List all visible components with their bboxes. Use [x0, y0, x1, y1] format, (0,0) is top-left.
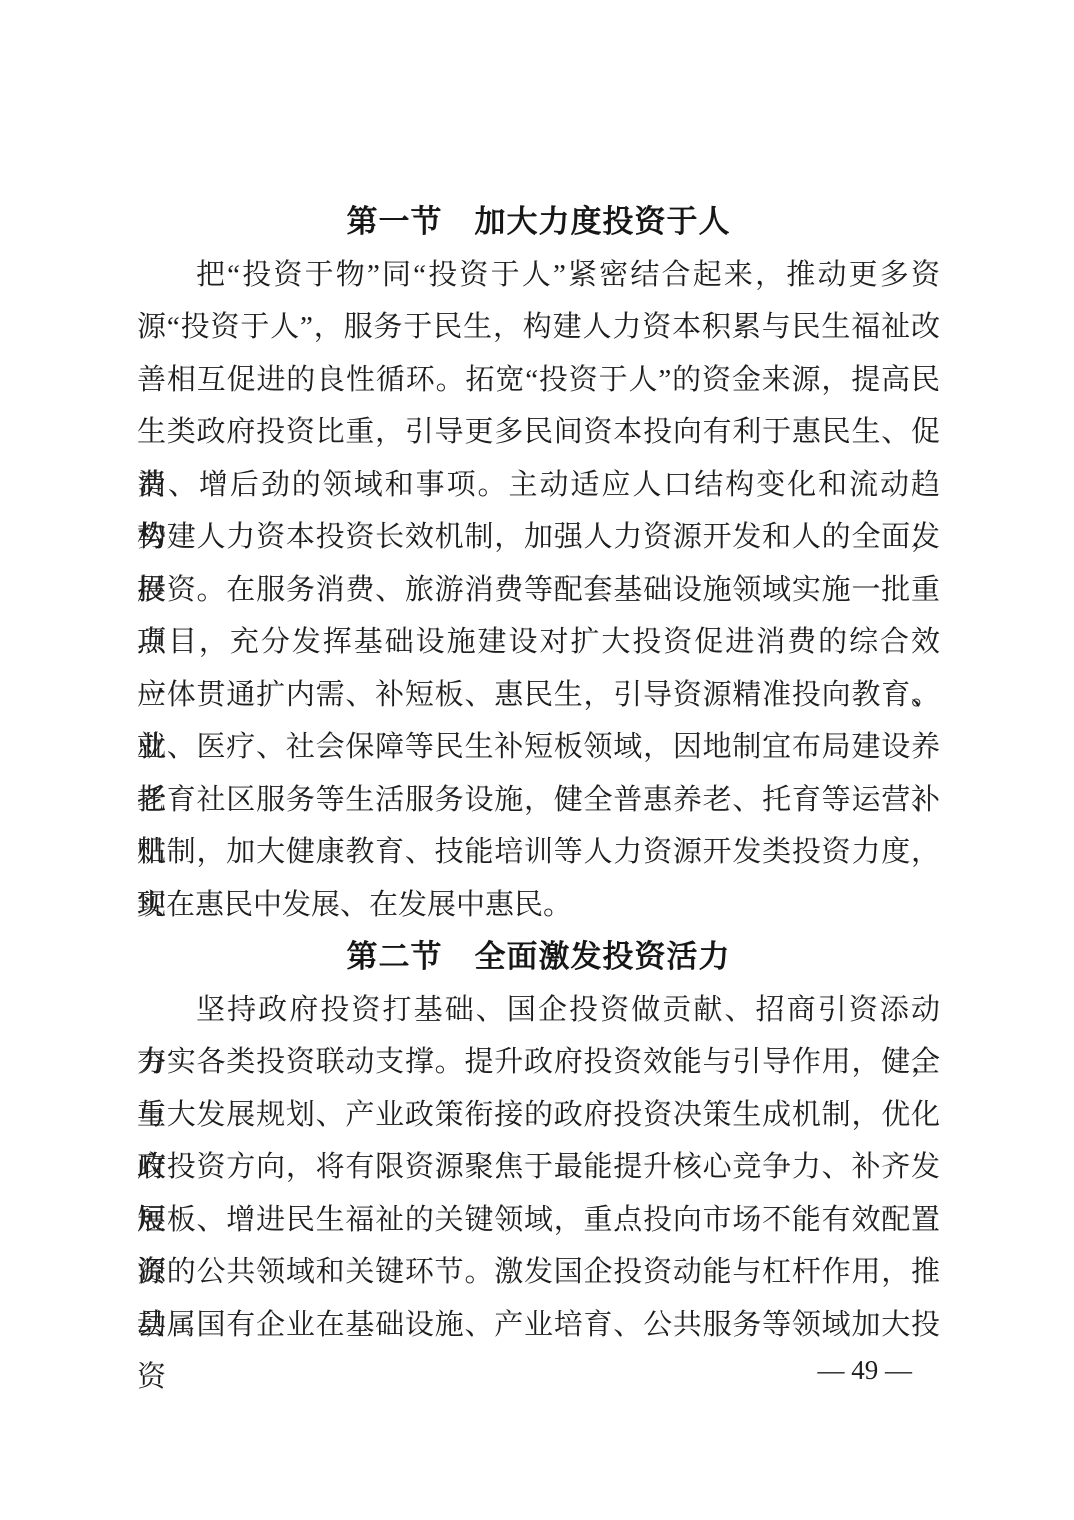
text-line: 项目，充分发挥基础设施建设对扩大投资促进消费的综合效应。 [137, 616, 940, 669]
text-line: 托育社区服务等生活服务设施，健全普惠养老、托育等运营补贴 [137, 774, 940, 827]
page-number: — 49 — [0, 1350, 912, 1390]
text-line: 源“投资于人”，服务于民生，构建人力资本积累与民生福祉改 [137, 301, 940, 354]
text-line: 府投资方向，将有限资源聚焦于最能提升核心竞争力、补齐发展 [137, 1141, 940, 1194]
text-line: 投资。在服务消费、旅游消费等配套基础设施领域实施一批重点 [137, 564, 940, 617]
text-line: 县属国有企业在基础设施、产业培育、公共服务等领域加大投资 [137, 1299, 940, 1352]
text-line: 短板、增进民生福祉的关键领域，重点投向市场不能有效配置资 [137, 1194, 940, 1247]
text-line: 源的公共领域和关键环节。激发国企投资动能与杠杆作用，推动 [137, 1246, 940, 1299]
section-heading-2: 第二节 全面激发投资活力 [137, 931, 940, 984]
text-line: 机制，加大健康教育、技能培训等人力资源开发类投资力度，实 [137, 826, 940, 879]
text-line: 现在惠民中发展、在发展中惠民。 [137, 879, 940, 932]
section-heading-1: 第一节 加大力度投资于人 [137, 196, 940, 249]
text-line: 重大发展规划、产业政策衔接的政府投资决策生成机制，优化政 [137, 1089, 940, 1142]
text-line: 生类政府投资比重，引导更多民间资本投向有利于惠民生、促消 [137, 406, 940, 459]
document-content: 第一节 加大力度投资于人把“投资于物”同“投资于人”紧密结合起来，推动更多资源“… [137, 196, 940, 1351]
text-line: 费、增后劲的领域和事项。主动适应人口结构变化和流动趋势， [137, 459, 940, 512]
text-line: 一体贯通扩内需、补短板、惠民生，引导资源精准投向教育、就 [137, 669, 940, 722]
text-line: 夯实各类投资联动支撑。提升政府投资效能与引导作用，健全与 [137, 1036, 940, 1089]
text-line: 坚持政府投资打基础、国企投资做贡献、招商引资添动力， [137, 984, 940, 1037]
text-line: 业、医疗、社会保障等民生补短板领域，因地制宜布局建设养老、 [137, 721, 940, 774]
text-line: 把“投资于物”同“投资于人”紧密结合起来，推动更多资 [137, 249, 940, 302]
text-line: 善相互促进的良性循环。拓宽“投资于人”的资金来源，提高民 [137, 354, 940, 407]
text-line: 构建人力资本投资长效机制，加强人力资源开发和人的全面发展 [137, 511, 940, 564]
document-page: 第一节 加大力度投资于人把“投资于物”同“投资于人”紧密结合起来，推动更多资源“… [0, 0, 1074, 1520]
